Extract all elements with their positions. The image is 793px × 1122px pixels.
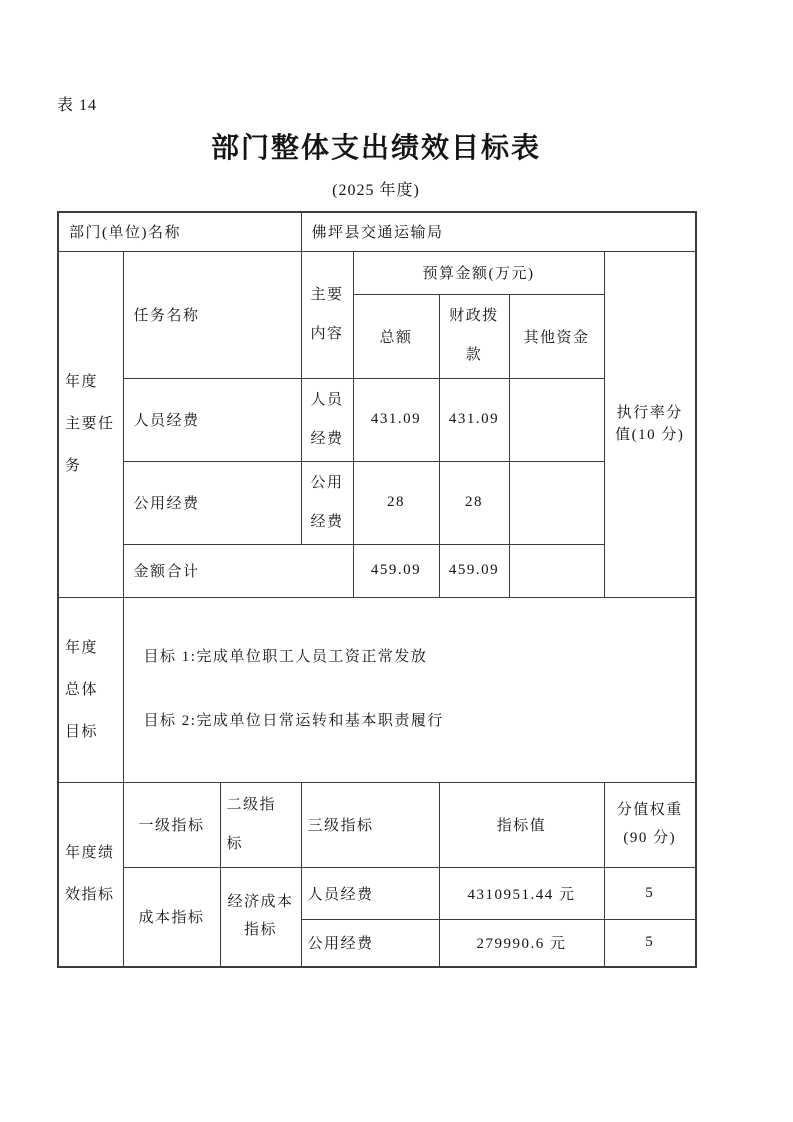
table-row: 部门(单位)名称 佛坪县交通运输局: [58, 212, 696, 251]
fiscal-amount-cell: 28: [439, 461, 509, 544]
total-amount-sum-cell: 459.09: [353, 544, 439, 597]
col-header-fiscal-appropriation: 财政拨 款: [439, 294, 509, 378]
other-funds-sum-cell: [509, 544, 604, 597]
table-row: 年度 总体 目标 目标 1:完成单位职工人员工资正常发放 目标 2:完成单位日常…: [58, 597, 696, 782]
col-header-total: 总额: [353, 294, 439, 378]
table-row: 年度绩 效指标 一级指标 二级指 标 三级指标 指标值 分值权重 (90 分): [58, 782, 696, 867]
section-header-annual-overall-goals: 年度 总体 目标: [58, 597, 123, 782]
overall-goals-cell: 目标 1:完成单位职工人员工资正常发放 目标 2:完成单位日常运转和基本职责履行: [123, 597, 696, 782]
document-page: 表 14 部门整体支出绩效目标表 (2025 年度) 部门(单位)名称 佛坪县交…: [0, 0, 793, 1122]
col-header-level3-indicator: 三级指标: [301, 782, 439, 867]
score-weight-cell: 5: [604, 919, 696, 967]
main-content-cell: 公用 经费: [301, 461, 353, 544]
indicator-value-cell: 4310951.44 元: [439, 867, 604, 919]
fiscal-amount-cell: 431.09: [439, 378, 509, 461]
performance-target-table: 部门(单位)名称 佛坪县交通运输局 年度 主要任 务 任务名称 主要 内容 预算…: [57, 211, 697, 968]
table-row: 成本指标 经济成本 指标 人员经费 4310951.44 元 5: [58, 867, 696, 919]
col-header-level2-indicator: 二级指 标: [220, 782, 301, 867]
dept-name-label: 部门(单位)名称: [58, 212, 301, 251]
total-amount-cell: 431.09: [353, 378, 439, 461]
col-header-task-name: 任务名称: [123, 251, 301, 378]
page-title: 部门整体支出绩效目标表: [57, 126, 695, 166]
other-funds-cell: [509, 461, 604, 544]
col-header-indicator-value: 指标值: [439, 782, 604, 867]
col-header-other-funds: 其他资金: [509, 294, 604, 378]
total-amount-cell: 28: [353, 461, 439, 544]
indicator-value-cell: 279990.6 元: [439, 919, 604, 967]
table-row: 金额合计 459.09 459.09: [58, 544, 696, 597]
goal-item-1: 目标 1:完成单位职工人员工资正常发放: [127, 634, 693, 681]
level2-indicator-cell: 经济成本 指标: [220, 867, 301, 967]
level1-indicator-cell: 成本指标: [123, 867, 220, 967]
col-header-level1-indicator: 一级指标: [123, 782, 220, 867]
amount-total-label: 金额合计: [123, 544, 353, 597]
col-header-main-content: 主要 内容: [301, 251, 353, 378]
document-body: 表 14 部门整体支出绩效目标表 (2025 年度) 部门(单位)名称 佛坪县交…: [57, 0, 695, 1122]
goal-item-2: 目标 2:完成单位日常运转和基本职责履行: [127, 698, 693, 745]
dept-name-value: 佛坪县交通运输局: [301, 212, 696, 251]
task-name-cell: 公用经费: [123, 461, 301, 544]
table-row: 公用经费 公用 经费 28 28: [58, 461, 696, 544]
col-header-score-weight: 分值权重 (90 分): [604, 782, 696, 867]
main-content-cell: 人员 经费: [301, 378, 353, 461]
section-header-annual-performance-indicators: 年度绩 效指标: [58, 782, 123, 967]
section-header-annual-main-tasks: 年度 主要任 务: [58, 251, 123, 597]
table-row: 人员经费 人员 经费 431.09 431.09: [58, 378, 696, 461]
score-weight-cell: 5: [604, 867, 696, 919]
fiscal-amount-sum-cell: 459.09: [439, 544, 509, 597]
level3-indicator-cell: 公用经费: [301, 919, 439, 967]
col-header-execution-rate-score: 执行率分 值(10 分): [604, 251, 696, 597]
other-funds-cell: [509, 378, 604, 461]
task-name-cell: 人员经费: [123, 378, 301, 461]
page-subtitle: (2025 年度): [57, 177, 695, 200]
col-header-budget-amount: 预算金额(万元): [353, 251, 604, 294]
table-row: 年度 主要任 务 任务名称 主要 内容 预算金额(万元) 执行率分 值(10 分…: [58, 251, 696, 294]
level3-indicator-cell: 人员经费: [301, 867, 439, 919]
table-number-label: 表 14: [57, 92, 97, 115]
